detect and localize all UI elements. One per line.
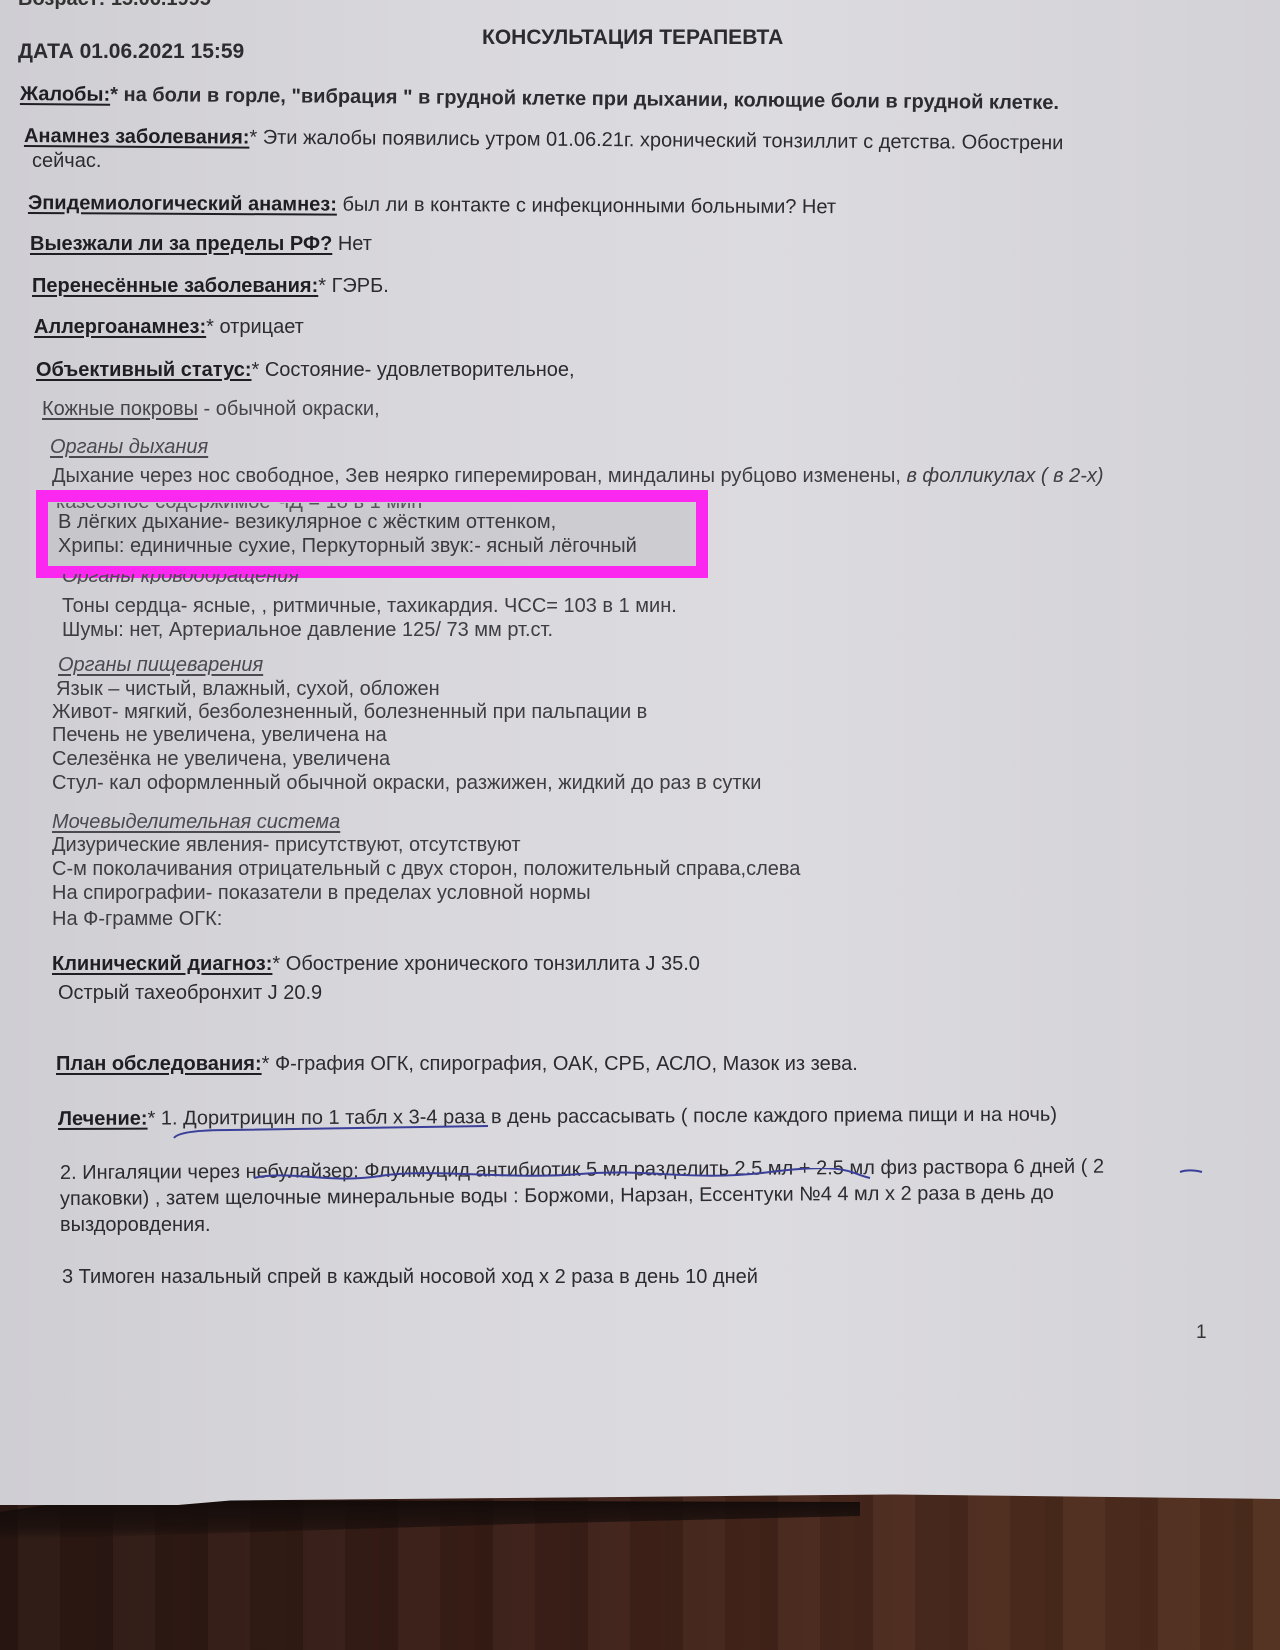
page-title: КОНСУЛЬТАЦИЯ ТЕРАПЕВТА [482,26,783,50]
circulatory-heading: Органы кровообращения [62,574,299,584]
diagnosis-row: Клинический диагноз:* Обострение хрониче… [52,953,700,976]
respiratory-heading: Органы дыхания [50,436,208,459]
plan-label: План обследования: [56,1053,262,1075]
digestive-line: Печень не увеличена, увеличена на [52,724,387,747]
treatment-label: Лечение: [58,1108,148,1130]
diagnosis-text: * Обострение хронического тонзиллита J 3… [272,953,699,975]
digestive-line: Стул- кал оформленный обычной окраски, р… [52,772,761,795]
skin-row: Кожные покровы - обычной окраски, [42,398,380,421]
epidemiology-text: был ли в контакте с инфекционными больны… [337,194,836,219]
urinary-line: Дизурические явления- присутствуют, отсу… [52,834,521,857]
treatment-row-1: Лечение:* 1. Доритрицин по 1 табл х 3-4 … [58,1104,1057,1131]
diagnosis-label: Клинический диагноз: [52,953,272,975]
treatment-item-2-line-3: выздоровдения. [60,1214,211,1237]
skin-label: Кожные покровы [42,398,198,420]
past-diseases-row: Перенесённые заболевания:* ГЭРБ. [32,275,389,298]
anamnesis-continuation: сейчас. [32,150,101,173]
age-line-cut: Возраст: 15.06.1995 [18,0,211,11]
magenta-highlight-box [36,490,708,578]
respiratory-line-1: Дыхание через нос свободное, Зев неярко … [52,465,1104,488]
digestive-line: Живот- мягкий, безболезненный, болезненн… [52,701,647,724]
treatment-item-3: 3 Тимоген назальный спрей в каждый носов… [62,1266,758,1289]
respiratory-line-1-italic: в фолликулах ( в 2-х) [906,465,1103,487]
travel-label: Выезжали ли за пределы РФ? [30,233,332,255]
digestive-heading: Органы пищеварения [58,654,263,677]
circulatory-line-2: Шумы: нет, Артериальное давление 125/ 73… [62,619,553,642]
plan-row: План обследования:* Ф-графия ОГК, спирог… [56,1053,858,1076]
urinary-line: На Ф-грамме ОГК: [52,908,222,931]
digestive-line: Селезёнка не увеличена, увеличена [52,748,390,771]
treatment-item-2-line-1: 2. Ингаляции через небулайзер: Флуимуцид… [60,1156,1104,1185]
anamnesis-text: * Эти жалобы появились утром 01.06.21г. … [249,127,1063,155]
page-number: 1 [1196,1322,1207,1344]
diagnosis-secondary: Острый тахеобронхит J 20.9 [58,982,322,1005]
treatment-item-1: * 1. Доритрицин по 1 табл х 3-4 раза в д… [148,1104,1058,1130]
allergy-row: Аллергоанамнез:* отрицает [34,316,304,339]
respiratory-line-1-text: Дыхание через нос свободное, Зев неярко … [52,465,906,487]
digestive-line: Язык – чистый, влажный, сухой, обложен [56,678,440,701]
objective-row: Объективный статус:* Состояние- удовлетв… [36,359,575,382]
document-page: Возраст: 15.06.1995 КОНСУЛЬТАЦИЯ ТЕРАПЕВ… [0,0,1280,1505]
objective-text: * Состояние- удовлетворительное, [252,359,575,381]
allergy-label: Аллергоанамнез: [34,316,206,338]
circulatory-line-1: Тоны сердца- ясные, , ритмичные, тахикар… [62,595,677,618]
past-diseases-text: * ГЭРБ. [318,275,389,297]
plan-text: * Ф-графия ОГК, спирография, ОАК, СРБ, А… [262,1053,858,1075]
anamnesis-label: Анамнез заболевания: [24,125,250,149]
travel-text: Нет [332,233,372,255]
urinary-heading: Мочевыделительная система [52,811,340,834]
past-diseases-label: Перенесённые заболевания: [32,275,318,297]
travel-row: Выезжали ли за пределы РФ? Нет [30,233,372,256]
epidemiology-label: Эпидемиологический анамнез: [28,192,337,216]
treatment-item-2-line-2: упаковки) , затем щелочные минеральные в… [60,1182,1054,1211]
consultation-date: ДАТА 01.06.2021 15:59 [18,40,244,64]
objective-label: Объективный статус: [36,359,252,381]
allergy-text: * отрицает [206,316,304,338]
complaints-label: Жалобы: [20,83,110,106]
skin-text: - обычной окраски, [198,398,380,420]
anamnesis-row: Анамнез заболевания:* Эти жалобы появили… [24,125,1064,155]
complaints-row: Жалобы:* на боли в горле, "вибрация " в … [20,83,1059,115]
urinary-line: На спирографии- показатели в пределах ус… [52,882,591,905]
epidemiology-row: Эпидемиологический анамнез: был ли в кон… [28,192,836,219]
urinary-line: С-м поколачивания отрицательный с двух с… [52,858,800,881]
complaints-text: * на боли в горле, "вибрация " в грудной… [110,84,1059,114]
